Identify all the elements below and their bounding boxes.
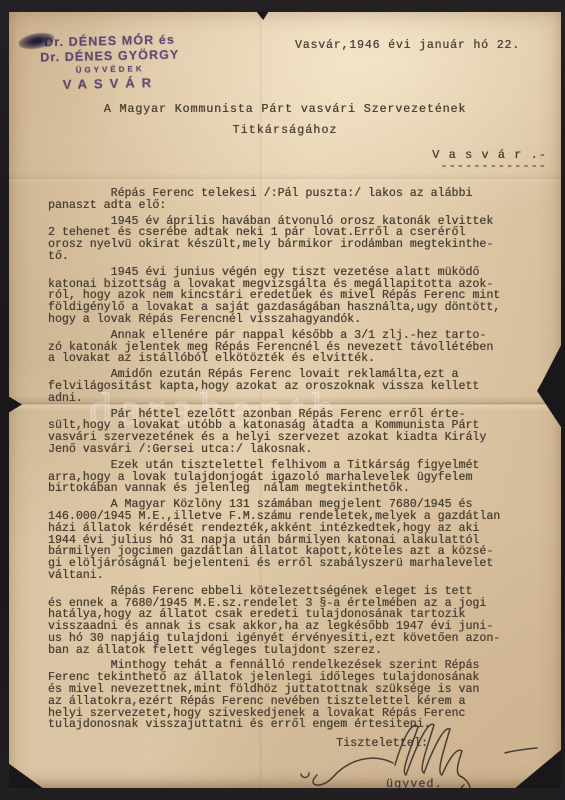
paper-edge-notch-left [9, 396, 22, 413]
letter-paper: darabanth Dr. DÉNES MÓR és Dr. DÉNES GYÖ… [9, 12, 561, 788]
paragraph: Répás Ferenc ebbeli kötelezettségének el… [48, 586, 548, 657]
body-paragraphs: Répás Ferenc telekesi /:Pál puszta:/ lak… [48, 188, 548, 731]
paper-corner-bottom-left [9, 763, 44, 788]
closing-salutation: Tisztelettel: [48, 738, 548, 750]
addressee-line-2: Titkárságához [9, 123, 561, 137]
paragraph: Répás Ferenc telekesi /:Pál puszta:/ lak… [48, 188, 548, 212]
place-underline: ------------- [432, 162, 547, 171]
paper-edge-notch-top [256, 12, 269, 20]
paragraph: Amidőn ezután Répás Ferenc lovait reklam… [48, 369, 548, 404]
paragraph: Ezek után tisztelettel felhivom a Titkár… [48, 460, 548, 495]
document-photo: darabanth Dr. DÉNES MÓR és Dr. DÉNES GYÖ… [0, 0, 565, 800]
dateline: Vasvár,1946 évi január hó 22. [295, 39, 520, 52]
paragraph: Pár héttel ezelőtt azonban Répás Ferenc … [48, 409, 548, 456]
signer-role: ügyved. [48, 779, 548, 788]
place-block: V a s v á r .- ------------- [432, 148, 547, 171]
paragraph: 1945 évi junius végén egy tiszt vezetése… [48, 267, 548, 326]
paragraph: 1945 év április havában átvonuló orosz k… [48, 216, 548, 263]
letter-body: Répás Ferenc telekesi /:Pál puszta:/ lak… [48, 188, 548, 788]
stamp-town: VASVÁR [25, 74, 195, 93]
addressee-block: A Magyar Kommunista Párt vasvári Szervez… [9, 102, 561, 137]
paragraph: Minthogy tehát a fennálló rendelkezések … [48, 660, 548, 731]
law-office-stamp: Dr. DÉNES MÓR és Dr. DÉNES GYÖRGY ÜGYVÉD… [24, 32, 195, 93]
upper-fold-crease [9, 172, 561, 184]
paragraph: Annak ellenére pár nappal később a 3/1 z… [48, 330, 548, 365]
paragraph: A Magyar Közlöny 131 számában megjelent … [48, 499, 548, 582]
addressee-line-1: A Magyar Kommunista Párt vasvári Szervez… [9, 102, 561, 116]
